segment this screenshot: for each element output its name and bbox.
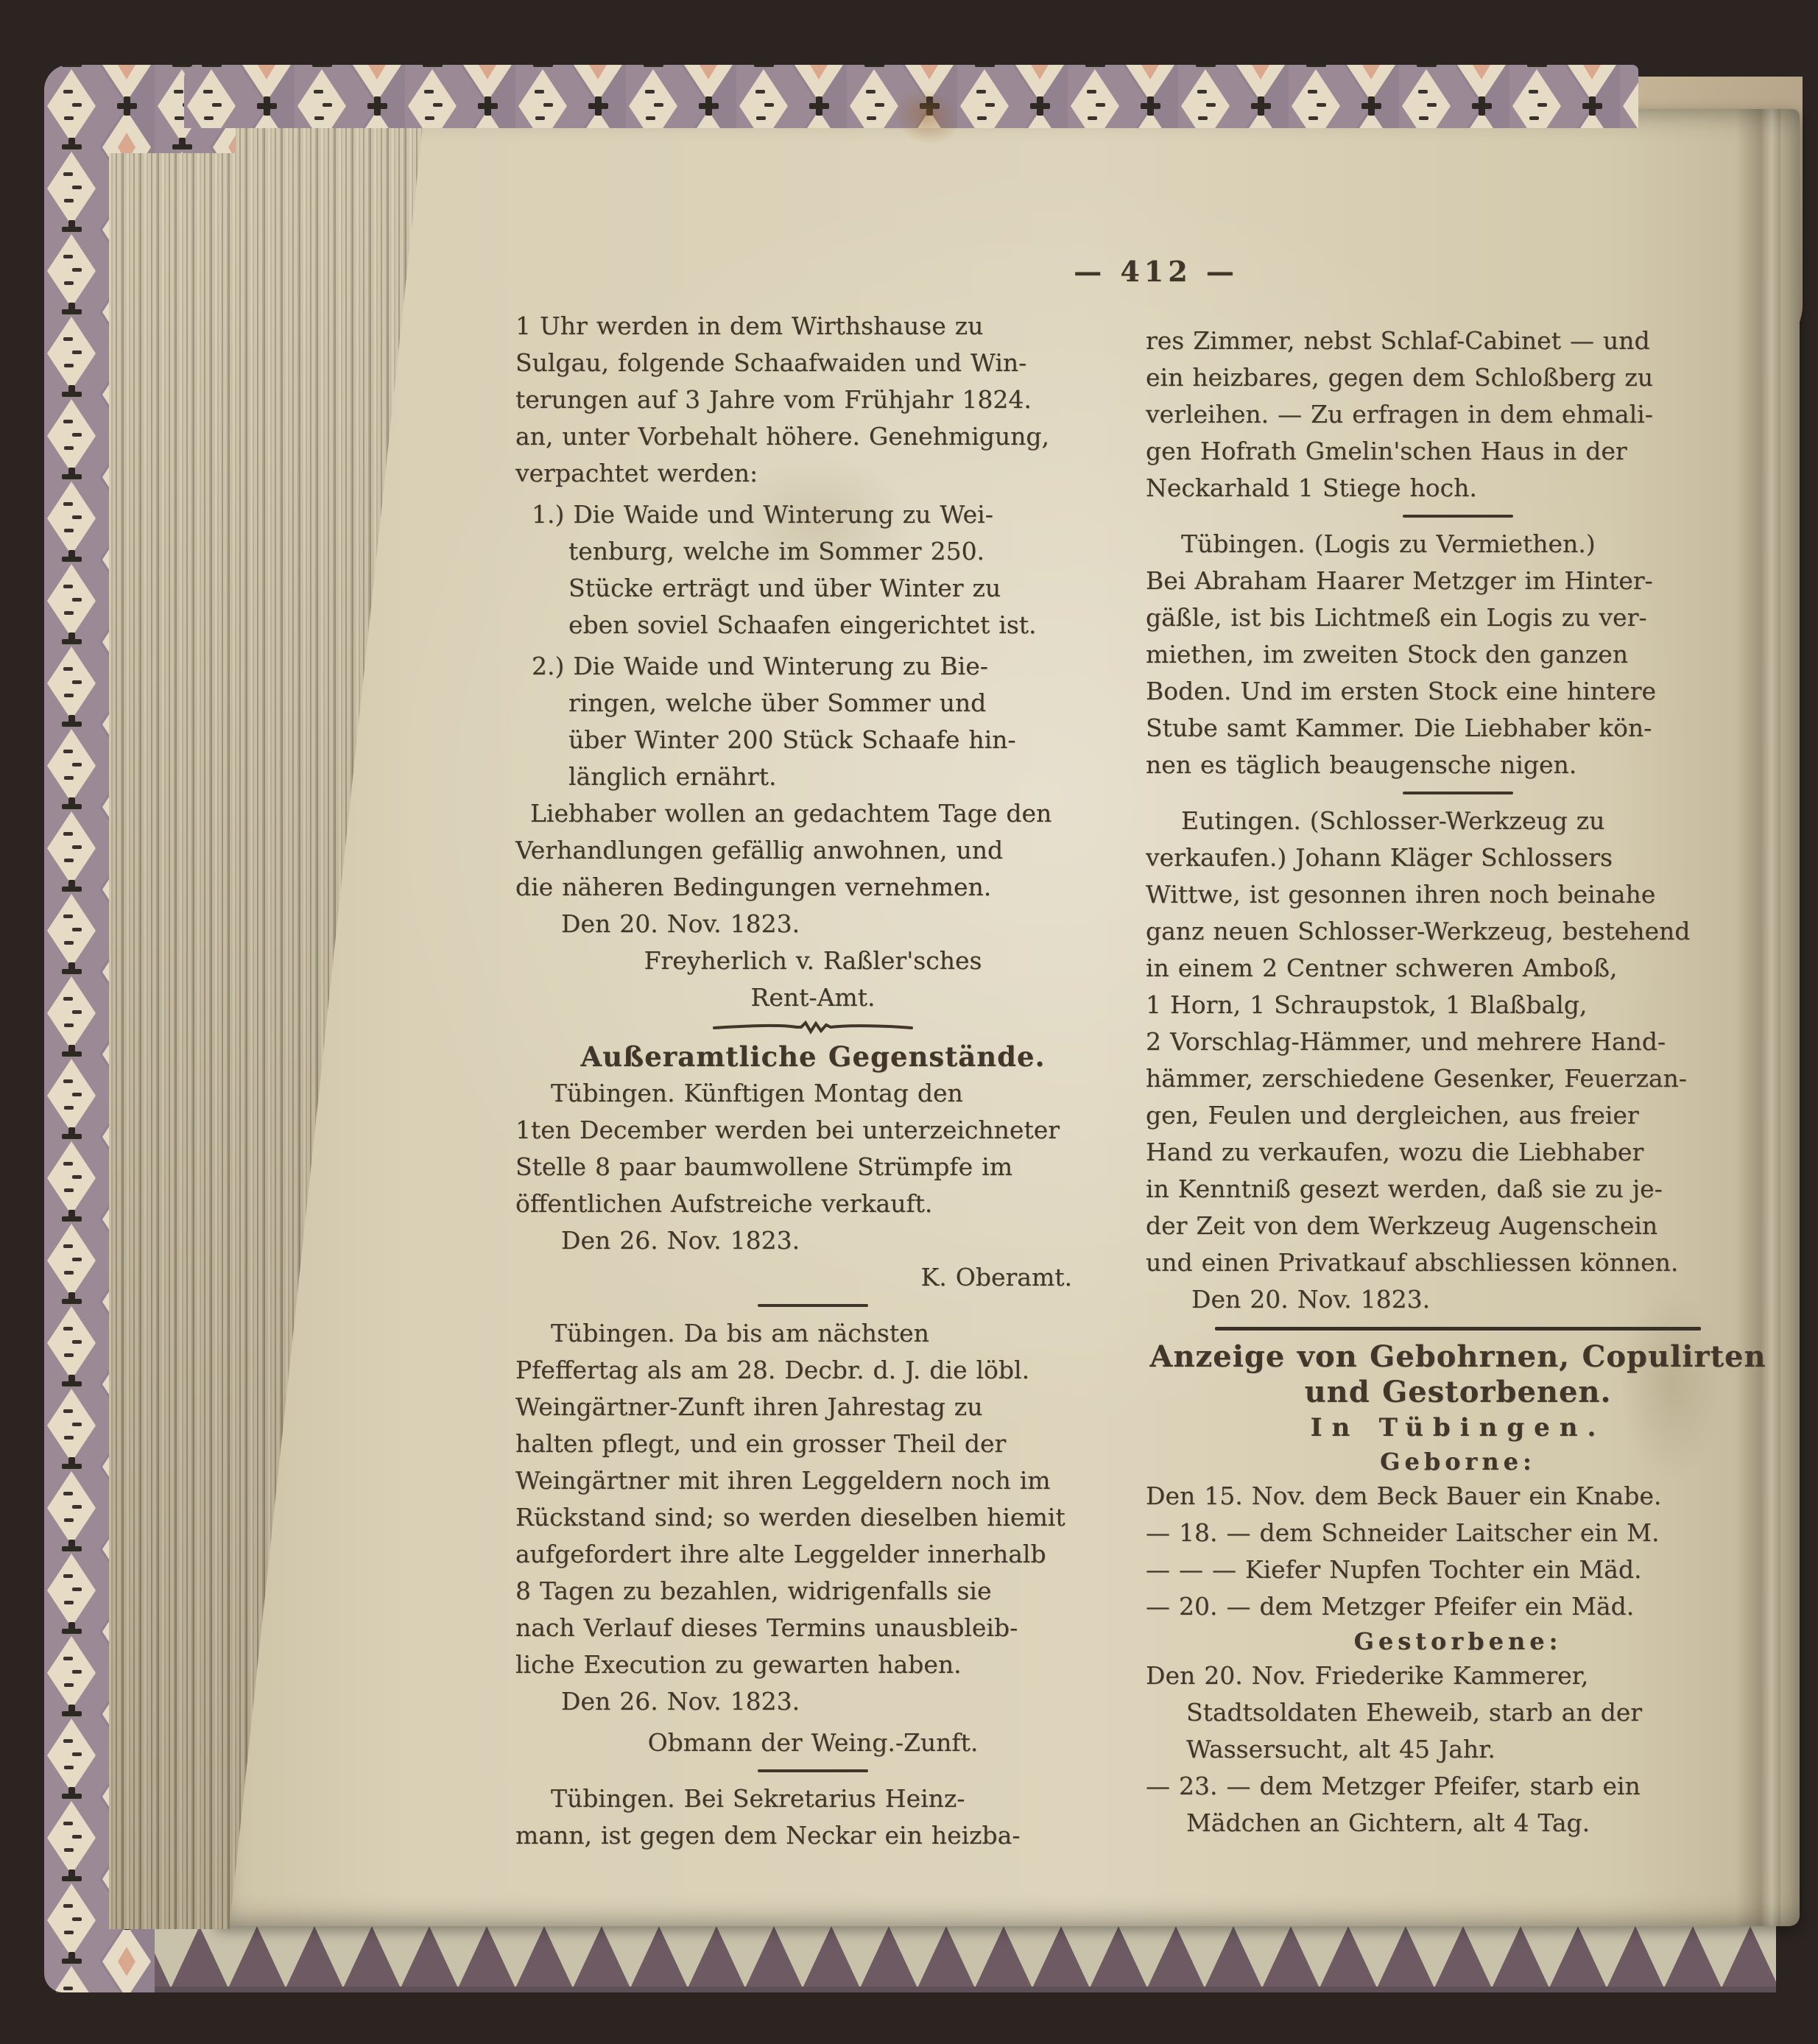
page-number: — 412 — [994, 255, 1318, 288]
section-heading-ausseramtliche: Außeramtliche Gegenstände. [515, 1038, 1110, 1075]
paragraph-pfeffertag: Tübingen. Da bis am nächsten Pfeffertag … [515, 1315, 1110, 1683]
subheading-in-tuebingen: In Tübingen. [1146, 1410, 1770, 1445]
section-rule [1403, 792, 1513, 794]
date-line: Den 26. Nov. 1823. [515, 1222, 1110, 1259]
birth-entry: Den 15. Nov. dem Beck Bauer ein Knabe. [1146, 1478, 1770, 1515]
printed-text-layer: — 412 — 1 Uhr werden in dem Wirthshause … [0, 0, 1818, 2044]
list-item-2: 2.) Die Waide und Winterung zu Bie- ring… [515, 648, 1110, 795]
right-column: res Zimmer, nebst Schlaf-Cabinet — und e… [1146, 323, 1770, 1842]
paragraph-struempfe: Tübingen. Künftigen Montag den 1ten Dece… [515, 1075, 1110, 1222]
paragraph-lease-intro: 1 Uhr werden in dem Wirthshause zu Sulga… [515, 308, 1110, 492]
births-heading: Geborne: [1146, 1445, 1770, 1478]
section-rule [758, 1769, 868, 1772]
wavy-divider [710, 1018, 916, 1037]
list-item-1: 1.) Die Waide und Winterung zu Wei- tenb… [515, 496, 1110, 644]
date-line: Den 20. Nov. 1823. [515, 906, 1110, 942]
death-entry: — 23. — dem Metzger Pfeifer, starb ein M… [1146, 1768, 1770, 1842]
section-rule [1403, 515, 1513, 518]
paragraph-liebhaber: Liebhaber wollen an gedachtem Tage den V… [515, 795, 1110, 906]
left-column: 1 Uhr werden in dem Wirthshause zu Sulga… [515, 308, 1110, 1854]
signature-obmann: Obmann der Weing.-Zunft. [515, 1724, 1110, 1761]
paragraph-logis: Tübingen. (Logis zu Vermiethen.) Bei Abr… [1146, 526, 1770, 783]
death-entry: Den 20. Nov. Friederike Kammerer, Stadts… [1146, 1657, 1770, 1768]
date-line: Den 20. Nov. 1823. [1146, 1281, 1770, 1318]
section-rule-long [1215, 1327, 1701, 1331]
paragraph-eutingen: Eutingen. (Schlosser-Werkzeug zu verkauf… [1146, 803, 1770, 1281]
signature-oberamt: K. Oberamt. [515, 1259, 1110, 1296]
paragraph-heizbar: Tübingen. Bei Sekretarius Heinz- mann, i… [515, 1780, 1110, 1854]
date-line: Den 26. Nov. 1823. [515, 1683, 1110, 1720]
section-heading-anzeige: Anzeige von Gebohrnen, Copulirten und Ge… [1146, 1339, 1770, 1410]
signature-rent-amt: Freyherlich v. Raßler'sches Rent-Amt. [515, 942, 1110, 1016]
birth-entry: — 18. — dem Schneider Laitscher ein M. [1146, 1515, 1770, 1551]
deaths-heading: Gestorbene: [1146, 1625, 1770, 1657]
birth-entry: — 20. — dem Metzger Pfeifer ein Mäd. [1146, 1588, 1770, 1625]
paragraph-zimmer: res Zimmer, nebst Schlaf-Cabinet — und e… [1146, 323, 1770, 507]
birth-entry: — — — Kiefer Nupfen Tochter ein Mäd. [1146, 1551, 1770, 1588]
section-rule [758, 1304, 868, 1307]
